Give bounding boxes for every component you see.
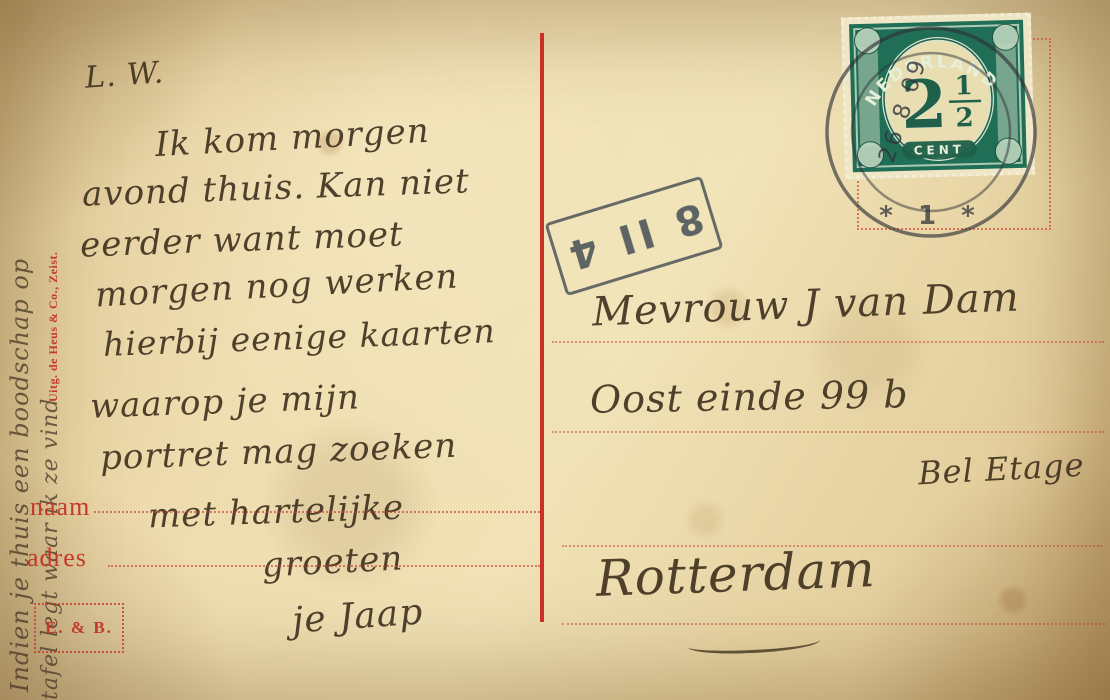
address-floor: Bel Etage [917,446,1085,493]
message-line: morgen nog werken [94,257,459,316]
message-line: avond thuis. Kan niet [81,161,470,215]
cancel-box: 8 II 4 [544,176,723,297]
postmark-office-number: * 1 * [879,201,982,231]
cancel-box-text: 8 II 4 [559,193,709,279]
underline-flourish [688,632,821,656]
divider-line [540,33,544,622]
address-label: adres [27,543,87,573]
message-line: hierbij eenige kaarten [102,311,496,364]
address-street: Oost einde 99 b [590,372,909,422]
message-line: Ik kom morgen [154,111,430,165]
postmark-date: 26 8 09 [874,54,932,166]
address-ruling [562,623,1105,625]
message-closing: groeten [261,538,404,585]
series-mark: E. & B. [45,618,113,638]
signature: je Jaap [291,591,425,641]
series-mark-box: E. & B. [34,603,124,653]
greeting: L. W. [84,55,165,95]
name-label: naam [30,492,90,522]
address-recipient: Mevrouw J van Dam [591,275,1020,336]
address-dotted-line [108,565,540,567]
address-ruling [552,341,1104,343]
postmark: 26 8 09 * 1 * [815,12,1047,257]
message-line: portret mag zoeken [99,426,457,478]
address-ruling [552,431,1104,433]
address-city: Rotterdam [595,540,877,608]
message-line: eerder want moet [79,214,404,265]
postcard-back: Indien je thuis een boodschap op tafel l… [0,0,1110,700]
name-dotted-line [94,511,540,513]
message-line: waarop je mijn [89,377,360,426]
publisher-imprint: Uitg. de Heus & Co., Zeist. [46,252,61,403]
margin-note-line: Indien je thuis een boodschap op [6,258,34,692]
